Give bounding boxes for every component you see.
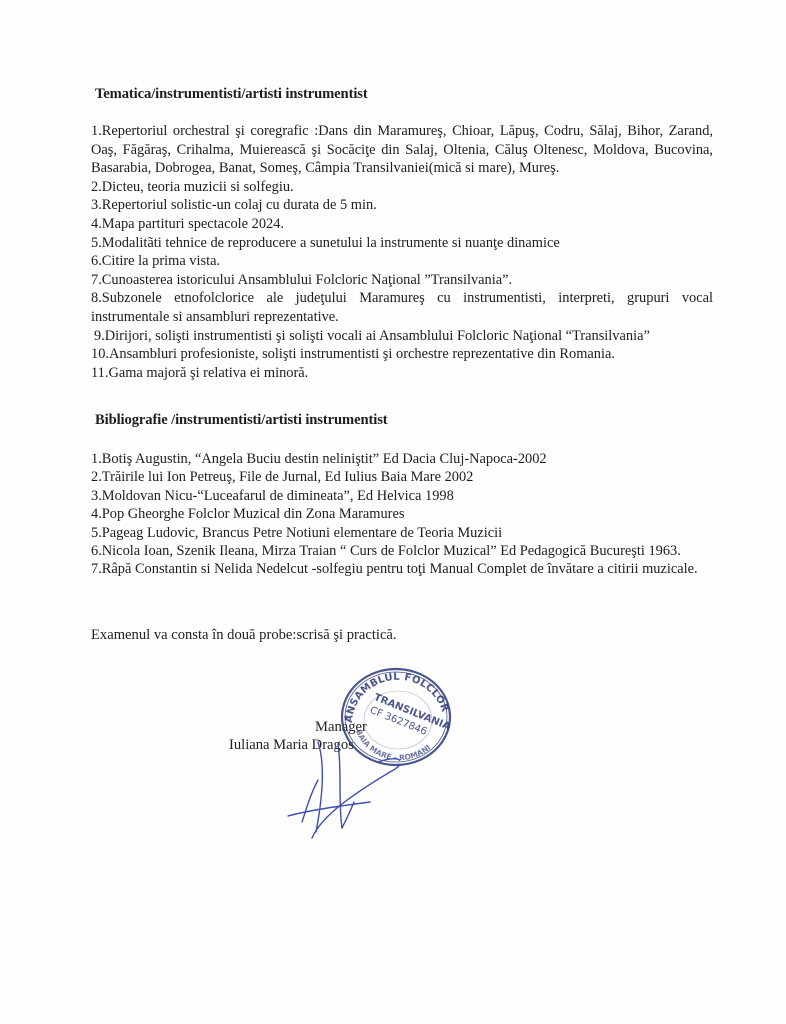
topic-item: 1.Repertoriul orchestral şi coregrafic :… (91, 122, 713, 178)
topics-heading: Tematica/instrumentisti/artisti instrume… (95, 86, 368, 103)
topic-item: 11.Gama majoră şi relativa ei minoră. (91, 364, 713, 383)
topic-item: 10.Ansambluri profesioniste, solişti ins… (91, 345, 713, 364)
bibliography-item: 6.Nicola Ioan, Szenik Ileana, Mirza Trai… (91, 542, 713, 560)
handwritten-signature (280, 740, 400, 840)
topic-item: 4.Mapa partituri spectacole 2024. (91, 215, 713, 234)
exam-note: Examenul va consta în două probe:scrisă … (91, 627, 397, 644)
topic-item: 7.Cunoasterea istoricului Ansamblului Fo… (91, 271, 713, 290)
bibliography-item: 5.Pageag Ludovic, Brancus Petre Notiuni … (91, 524, 713, 542)
document-page: Tematica/instrumentisti/artisti instrume… (0, 0, 786, 1024)
topic-item: 6.Citire la prima vista. (91, 252, 713, 271)
bibliography-item: 4.Pop Gheorghe Folclor Muzical din Zona … (91, 505, 713, 523)
topic-item: 5.Modalitãti tehnice de reproducere a su… (91, 234, 713, 253)
bibliography-item: 3.Moldovan Nicu-“Luceafarul de dimineata… (91, 487, 713, 505)
bibliography-heading: Bibliografie /instrumentisti/artisti ins… (95, 412, 388, 429)
bibliography-item: 7.Râpă Constantin si Nelida Nedelcut -so… (91, 560, 713, 578)
bibliography-list: 1.Botiş Augustin, “Angela Buciu destin n… (91, 450, 713, 579)
bibliography-item: 2.Trăirile lui Ion Petreuş, File de Jurn… (91, 468, 713, 486)
topics-list: 1.Repertoriul orchestral şi coregrafic :… (91, 122, 713, 382)
topic-item: 9.Dirijori, solişti instrumentisti şi so… (91, 327, 713, 346)
topic-item: 8.Subzonele etnofolclorice ale judeţului… (91, 289, 713, 326)
topic-item: 3.Repertoriul solistic-un colaj cu durat… (91, 196, 713, 215)
bibliography-item: 1.Botiş Augustin, “Angela Buciu destin n… (91, 450, 713, 468)
topic-item: 2.Dicteu, teoria muzicii si solfegiu. (91, 178, 713, 197)
